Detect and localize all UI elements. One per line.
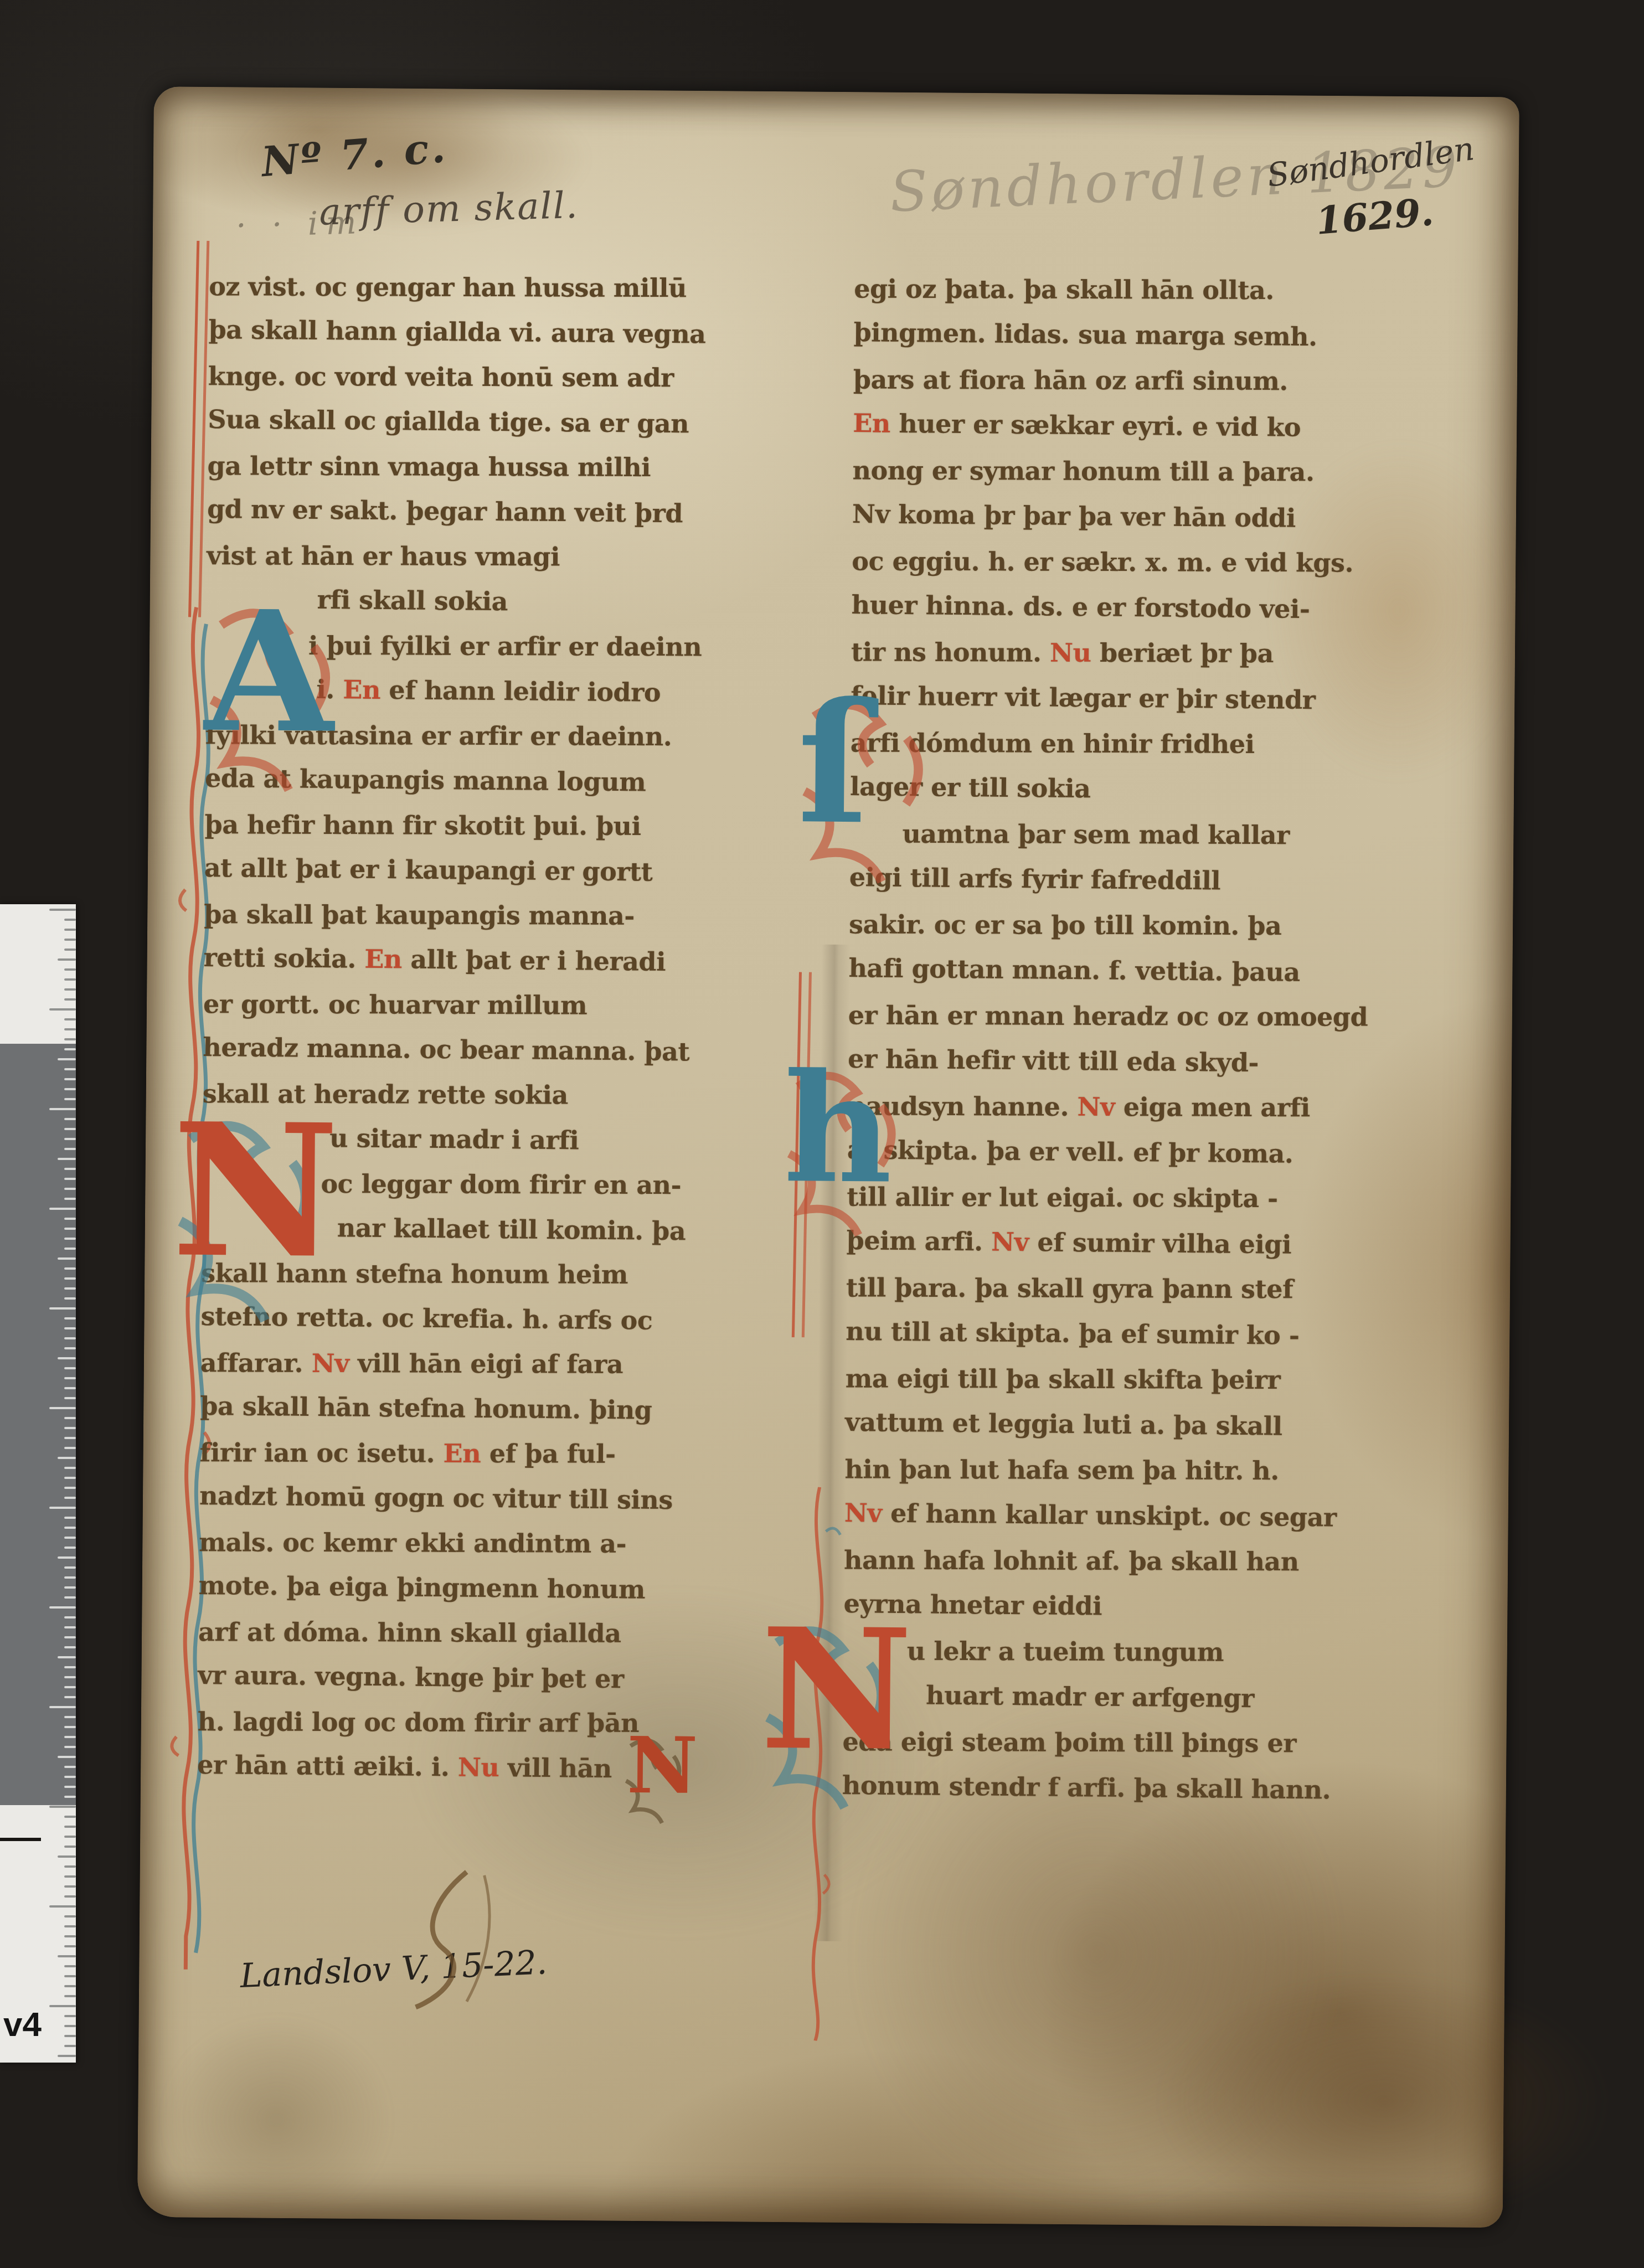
ruler-tick xyxy=(64,1776,76,1778)
ruler-tick xyxy=(49,1606,76,1609)
manuscript-line: honum stendr f arfi. þa skall hann. xyxy=(842,1762,1452,1814)
law-reference-annotation: Landslov V, 15-22. xyxy=(239,1943,548,1996)
ruler-tick xyxy=(64,1038,76,1040)
ruler-tick xyxy=(58,1855,76,1858)
ruler-tick xyxy=(49,909,76,911)
manuscript-line: nu till at skipta. þa ef sumir ko - xyxy=(846,1308,1455,1360)
ruler-tick xyxy=(58,2055,76,2057)
manuscript-line: Sua skall oc giallda tige. sa er gan xyxy=(208,397,809,447)
rubricated-word: Nu xyxy=(1050,638,1091,668)
ruler-tick xyxy=(64,1537,76,1539)
ruler-tick xyxy=(64,1287,76,1290)
ruler-tick xyxy=(64,1586,76,1589)
rubricated-word: En xyxy=(444,1439,481,1468)
rubricated-word: En xyxy=(364,944,402,975)
ruler-gray-patch xyxy=(0,904,76,1044)
ruler-tick xyxy=(64,1646,76,1648)
ruler-tick xyxy=(64,1686,76,1688)
ruler-tick xyxy=(58,1457,76,1459)
ruler-tick xyxy=(64,1885,76,1888)
manuscript-line: þa skall þat kaupangis manna- xyxy=(204,892,805,939)
manuscript-line: mals. oc kemr ekki andintm a- xyxy=(199,1520,800,1567)
manuscript-line: sakir. oc er sa þo till komin. þa xyxy=(849,901,1458,949)
ruler-tick xyxy=(64,1397,76,1399)
initial-glyph: ſ xyxy=(797,665,870,861)
manuscript-line: egi oz þata. þa skall hān ollta. xyxy=(854,266,1463,313)
stain-mark xyxy=(1156,1971,1612,2229)
ruler-tick xyxy=(64,1068,76,1070)
ruler-tick xyxy=(64,1028,76,1030)
ruler-tick xyxy=(64,1965,76,1967)
ink-text: allt þat er i heradi xyxy=(402,944,666,977)
ruler-tick xyxy=(64,2025,76,2027)
ruler-tick xyxy=(49,2005,76,2007)
manuscript-line: er hān atti æiki. i. Nu vill hān xyxy=(197,1743,798,1793)
ink-text: er hān atti æiki. i. xyxy=(197,1750,458,1782)
manuscript-line: hin þan lut hafa sem þa hitr. h. xyxy=(844,1446,1454,1494)
manuscript-line: firir ian oc isetu. En ef þa ful- xyxy=(200,1430,801,1477)
ruler-tick xyxy=(64,1148,76,1150)
ruler-tick xyxy=(49,1905,76,1908)
ruler-tick xyxy=(49,1208,76,1210)
ruler-tick xyxy=(64,1945,76,1947)
ruler-tick xyxy=(64,1118,76,1120)
ruler-version-label: v4 xyxy=(3,2005,42,2044)
ink-text: beriæt þr þa xyxy=(1091,638,1273,668)
ruler-tick xyxy=(64,1377,76,1379)
manuscript-line: felir huerr vit lægar er þir stendr xyxy=(851,673,1460,724)
illuminated-initial-N-red-right: N xyxy=(760,1613,913,1767)
ruler-tick xyxy=(64,1576,76,1579)
illuminated-initials: ANſhNN xyxy=(154,86,1519,97)
manuscript-line: knge. oc vord veita honū sem adr xyxy=(208,354,809,401)
ruler-tick xyxy=(64,1696,76,1698)
manuscript-line: þa hefir hann fir skotit þui. þui xyxy=(204,802,805,849)
ruler-tick xyxy=(64,1277,76,1280)
ruler-tick xyxy=(58,1955,76,1957)
ruler-tick xyxy=(64,1417,76,1419)
ruler-tick xyxy=(64,1875,76,1878)
manuscript-line: heradz manna. oc bear manna. þat xyxy=(203,1025,804,1075)
illuminated-initial-N-red-large: N xyxy=(171,1106,339,1276)
manuscript-line: h. lagdi log oc dom firir arf þān xyxy=(198,1699,798,1746)
initial-glyph: N xyxy=(760,1591,913,1788)
manuscript-line: huart madr er arfgengr xyxy=(843,1672,1452,1723)
ruler-tick xyxy=(64,1865,76,1868)
ruler-tick xyxy=(64,998,76,1001)
manuscript-line: þa skall hān stefna honum. þing xyxy=(200,1384,801,1434)
ruler-tick xyxy=(64,949,76,951)
manuscript-line: oz vist. oc gengar han hussa millū xyxy=(209,264,810,311)
ink-text: ef hann kallar unskipt. oc segar xyxy=(882,1498,1337,1533)
manuscript-line: er hān hefir vitt till eda skyd- xyxy=(848,1036,1457,1087)
ruler-tick xyxy=(64,1676,76,1678)
ruler-tick xyxy=(64,1826,76,1828)
ruler-tick xyxy=(64,1796,76,1798)
ruler-tick xyxy=(49,1108,76,1110)
manuscript-line: uamtna þar sem mad kallar xyxy=(849,811,1459,858)
year-annotation: 1629. xyxy=(1314,190,1435,244)
ruler-separator-line xyxy=(0,1838,41,1841)
manuscript-line: eigi till arfs fyrir fafreddill xyxy=(849,854,1459,906)
ruler-tick xyxy=(49,1307,76,1310)
ruler-tick xyxy=(64,1048,76,1050)
faded-title-annotation: arff om skall. xyxy=(318,184,579,234)
ruler-tick xyxy=(64,1238,76,1240)
initial-glyph: A xyxy=(204,574,334,770)
ruler-tick xyxy=(58,1756,76,1758)
ruler-tick xyxy=(58,1058,76,1060)
ruler-tick xyxy=(64,1666,76,1668)
ruler-tick xyxy=(64,919,76,921)
ruler-tick xyxy=(64,1477,76,1479)
ruler-tick xyxy=(64,1487,76,1489)
ruler-tick xyxy=(64,1088,76,1090)
manuscript-line: ma eigi till þa skall skifta þeirr xyxy=(846,1355,1455,1403)
manuscript-line: huer hinna. ds. e er forstodo vei- xyxy=(851,582,1461,633)
ruler-tick xyxy=(64,1427,76,1429)
manuscript-line: Nv ef hann kallar unskipt. oc segar xyxy=(844,1490,1454,1542)
ruler-tick xyxy=(64,2035,76,2037)
initial-glyph: N xyxy=(627,1720,698,1812)
ruler-tick xyxy=(64,1188,76,1190)
ruler-tick xyxy=(64,1198,76,1200)
manuscript-line: nadzt homū gogn oc vitur till sins xyxy=(199,1473,801,1524)
ruler-tick xyxy=(58,1158,76,1160)
manuscript-line: till þara. þa skall gyra þann stef xyxy=(846,1265,1455,1312)
photo-scale-ruler: v4 xyxy=(0,904,76,2063)
ruler-tick xyxy=(64,1178,76,1180)
ruler-tick xyxy=(49,1407,76,1409)
rubricated-word: En xyxy=(853,408,890,439)
initial-glyph: h xyxy=(783,1040,893,1217)
manuscript-line: till allir er lut eigai. oc skipta - xyxy=(847,1174,1456,1221)
ruler-tick xyxy=(64,1297,76,1300)
ruler-tick xyxy=(64,1716,76,1718)
rubricated-word: Nv xyxy=(844,1498,882,1528)
ruler-tick xyxy=(64,1138,76,1140)
ruler-tick xyxy=(58,1357,76,1359)
rubricated-word: Nv xyxy=(1077,1092,1115,1122)
manuscript-line: er hān er mnan heradz oc oz omoegd xyxy=(848,992,1457,1040)
ruler-tick xyxy=(64,1726,76,1728)
manuscript-line: oc eggiu. h. er sækr. x. m. e vid kgs. xyxy=(852,538,1461,586)
ruler-tick xyxy=(64,1925,76,1927)
manuscript-line: þeim arfi. Nv ef sumir vilha eigi xyxy=(846,1218,1456,1269)
manuscript-line: arfi dómdum en hinir fridhei xyxy=(851,720,1460,767)
ruler-tick xyxy=(64,1497,76,1499)
pen-flourish xyxy=(383,1865,506,2016)
manuscript-line: þa skall hann giallda vi. aura vegna xyxy=(208,307,810,358)
manuscript-line: Nv koma þr þar þa ver hān oddi xyxy=(852,491,1462,543)
ruler-tick xyxy=(64,1786,76,1788)
ruler-tick xyxy=(64,1746,76,1748)
ruler-tick xyxy=(64,1387,76,1389)
manuscript-line: eyrna hnetar eiddi xyxy=(843,1581,1453,1632)
manuscript-line: er gortt. oc huarvar millum xyxy=(203,982,804,1029)
manuscript-line: gd nv er sakt. þegar hann veit þrd xyxy=(207,487,808,537)
ink-text: ef sumir vilha eigi xyxy=(1029,1227,1292,1260)
ruler-tick xyxy=(58,1656,76,1658)
text-column-right: egi oz þata. þa skall hān ollta.þingmen.… xyxy=(842,265,1463,1813)
ruler-tick xyxy=(64,1467,76,1469)
ruler-tick xyxy=(64,1547,76,1549)
ruler-tick xyxy=(64,1736,76,1738)
rubricated-word: Nv xyxy=(991,1227,1029,1257)
ruler-tick xyxy=(64,1935,76,1937)
ruler-tick xyxy=(64,1626,76,1628)
ruler-tick xyxy=(64,1337,76,1339)
rubricated-word: En xyxy=(343,674,380,705)
ruler-tick xyxy=(64,1018,76,1020)
ruler-tick xyxy=(64,968,76,971)
ruler-tick xyxy=(64,1895,76,1898)
ruler-tick xyxy=(64,929,76,931)
ruler-tick xyxy=(49,1008,76,1011)
manuscript-line: u lekr a tueim tungum xyxy=(843,1628,1452,1676)
ruler-tick xyxy=(64,2045,76,2047)
ruler-tick xyxy=(64,1816,76,1818)
ruler-tick xyxy=(64,1248,76,1250)
initial-glyph: N xyxy=(171,1083,340,1298)
ruler-tick xyxy=(64,1596,76,1599)
manuscript-line: hann hafa lohnit af. þa skall han xyxy=(844,1537,1453,1585)
manuscript-line: nong er symar honum till a þara. xyxy=(852,447,1461,495)
manuscript-line: lager er till sokia xyxy=(850,764,1460,815)
ruler-tick xyxy=(64,939,76,941)
manuscript-line: naudsyn hanne. Nv eiga men arfi xyxy=(847,1083,1456,1131)
ruler-tick xyxy=(64,1267,76,1270)
ink-text: affarar. xyxy=(200,1348,312,1378)
ruler-tick xyxy=(64,1616,76,1618)
ink-text: retti sokia. xyxy=(203,942,364,974)
ink-text: tir ns honum. xyxy=(851,637,1050,667)
ruler-tick xyxy=(64,1566,76,1569)
ink-text: ef hann leidir iodro xyxy=(380,675,661,708)
ruler-tick xyxy=(64,1168,76,1170)
manuscript-page: Nº 7. c. · · im arff om skall. Søndhordl… xyxy=(137,86,1519,2228)
ruler-tick xyxy=(64,1527,76,1529)
manuscript-line: eda eigi steam þoim till þings er xyxy=(842,1719,1451,1766)
ruler-tick xyxy=(64,1995,76,1997)
illuminated-initial-h-blue: h xyxy=(783,1059,893,1198)
ruler-tick xyxy=(64,1636,76,1638)
ruler-tick xyxy=(58,1257,76,1260)
ink-text: vill hān eigi af fara xyxy=(349,1348,623,1379)
manuscript-line: affarar. Nv vill hān eigi af fara xyxy=(200,1341,801,1388)
archive-number-annotation: Nº 7. c. xyxy=(260,124,449,186)
ruler-tick xyxy=(64,1915,76,1918)
manuscript-line: retti sokia. En allt þat er i heradi xyxy=(203,935,805,986)
ruler-tick xyxy=(64,978,76,981)
ruler-tick xyxy=(64,1766,76,1768)
ruler-tick xyxy=(64,1367,76,1369)
manuscript-line: tir ns honum. Nu beriæt þr þa xyxy=(851,629,1460,677)
ruler-tick xyxy=(64,1128,76,1130)
ink-text: firir ian oc isetu. xyxy=(200,1437,444,1468)
ruler-tick xyxy=(64,2015,76,2017)
stain-mark xyxy=(159,2013,394,2225)
ink-text: huer er sækkar eyri. e vid ko xyxy=(890,409,1301,442)
ink-text: eiga men arfi xyxy=(1115,1092,1310,1122)
rubricated-initial-Nu: N xyxy=(627,1730,698,1802)
ruler-tick xyxy=(64,1078,76,1080)
ruler-tick xyxy=(64,1228,76,1230)
manuscript-line: vr aura. vegna. knge þir þet er xyxy=(198,1653,799,1703)
ruler-tick xyxy=(64,1437,76,1439)
ruler-tick xyxy=(49,1806,76,1808)
ruler-tick xyxy=(64,1985,76,1987)
ruler-tick xyxy=(64,1218,76,1220)
illuminated-initial-A-blue: A xyxy=(204,595,334,749)
ruler-tick xyxy=(58,1556,76,1559)
ink-text: ef þa ful- xyxy=(481,1439,616,1469)
ruler-tick xyxy=(49,1706,76,1708)
manuscript-line: mote. þa eiga þingmenn honum xyxy=(198,1563,800,1614)
rubricated-word: Nv xyxy=(312,1348,349,1378)
manuscript-line: vist at hān er haus vmagi xyxy=(207,533,807,580)
manuscript-line: ga lettr sinn vmaga hussa milhi xyxy=(207,444,808,491)
ruler-tick xyxy=(64,1447,76,1449)
manuscript-line: at allt þat er i kaupangi er gortt xyxy=(204,846,806,896)
manuscript-line: þars at fiora hān oz arfi sinum. xyxy=(853,357,1462,404)
manuscript-line: þingmen. lidas. sua marga semh. xyxy=(853,310,1463,361)
text-column-left: oz vist. oc gengar han hussa millūþa ska… xyxy=(197,263,810,1792)
manuscript-line: at skipta. þa er vell. ef þr koma. xyxy=(847,1127,1457,1178)
ink-text: vill hān xyxy=(499,1752,612,1784)
rubricated-word: Nu xyxy=(458,1752,499,1782)
manuscript-line: vattum et leggia luti a. þa skall xyxy=(845,1399,1455,1451)
manuscript-line: hafi gottan mnan. f. vettia. þaua xyxy=(848,945,1458,997)
ruler-tick xyxy=(64,1846,76,1848)
manuscript-line: arf at dóma. hinn skall giallda xyxy=(198,1610,799,1657)
ruler-tick xyxy=(64,1836,76,1838)
ruler-tick xyxy=(64,1317,76,1319)
ruler-tick xyxy=(64,1975,76,1977)
ruler-tick xyxy=(58,958,76,961)
ruler-tick xyxy=(64,988,76,991)
ruler-tick xyxy=(64,1517,76,1519)
ruler-tick xyxy=(64,1098,76,1100)
manuscript-line: En huer er sækkar eyri. e vid ko xyxy=(853,400,1462,452)
manuscript-photo: v4 Nº 7. c. · · im arff om skall. Søndho… xyxy=(0,0,1644,2268)
illuminated-initial-longs-blue: ſ xyxy=(797,687,869,840)
ruler-tick xyxy=(49,1507,76,1509)
ruler-tick xyxy=(64,1347,76,1349)
ruler-tick xyxy=(64,1327,76,1329)
